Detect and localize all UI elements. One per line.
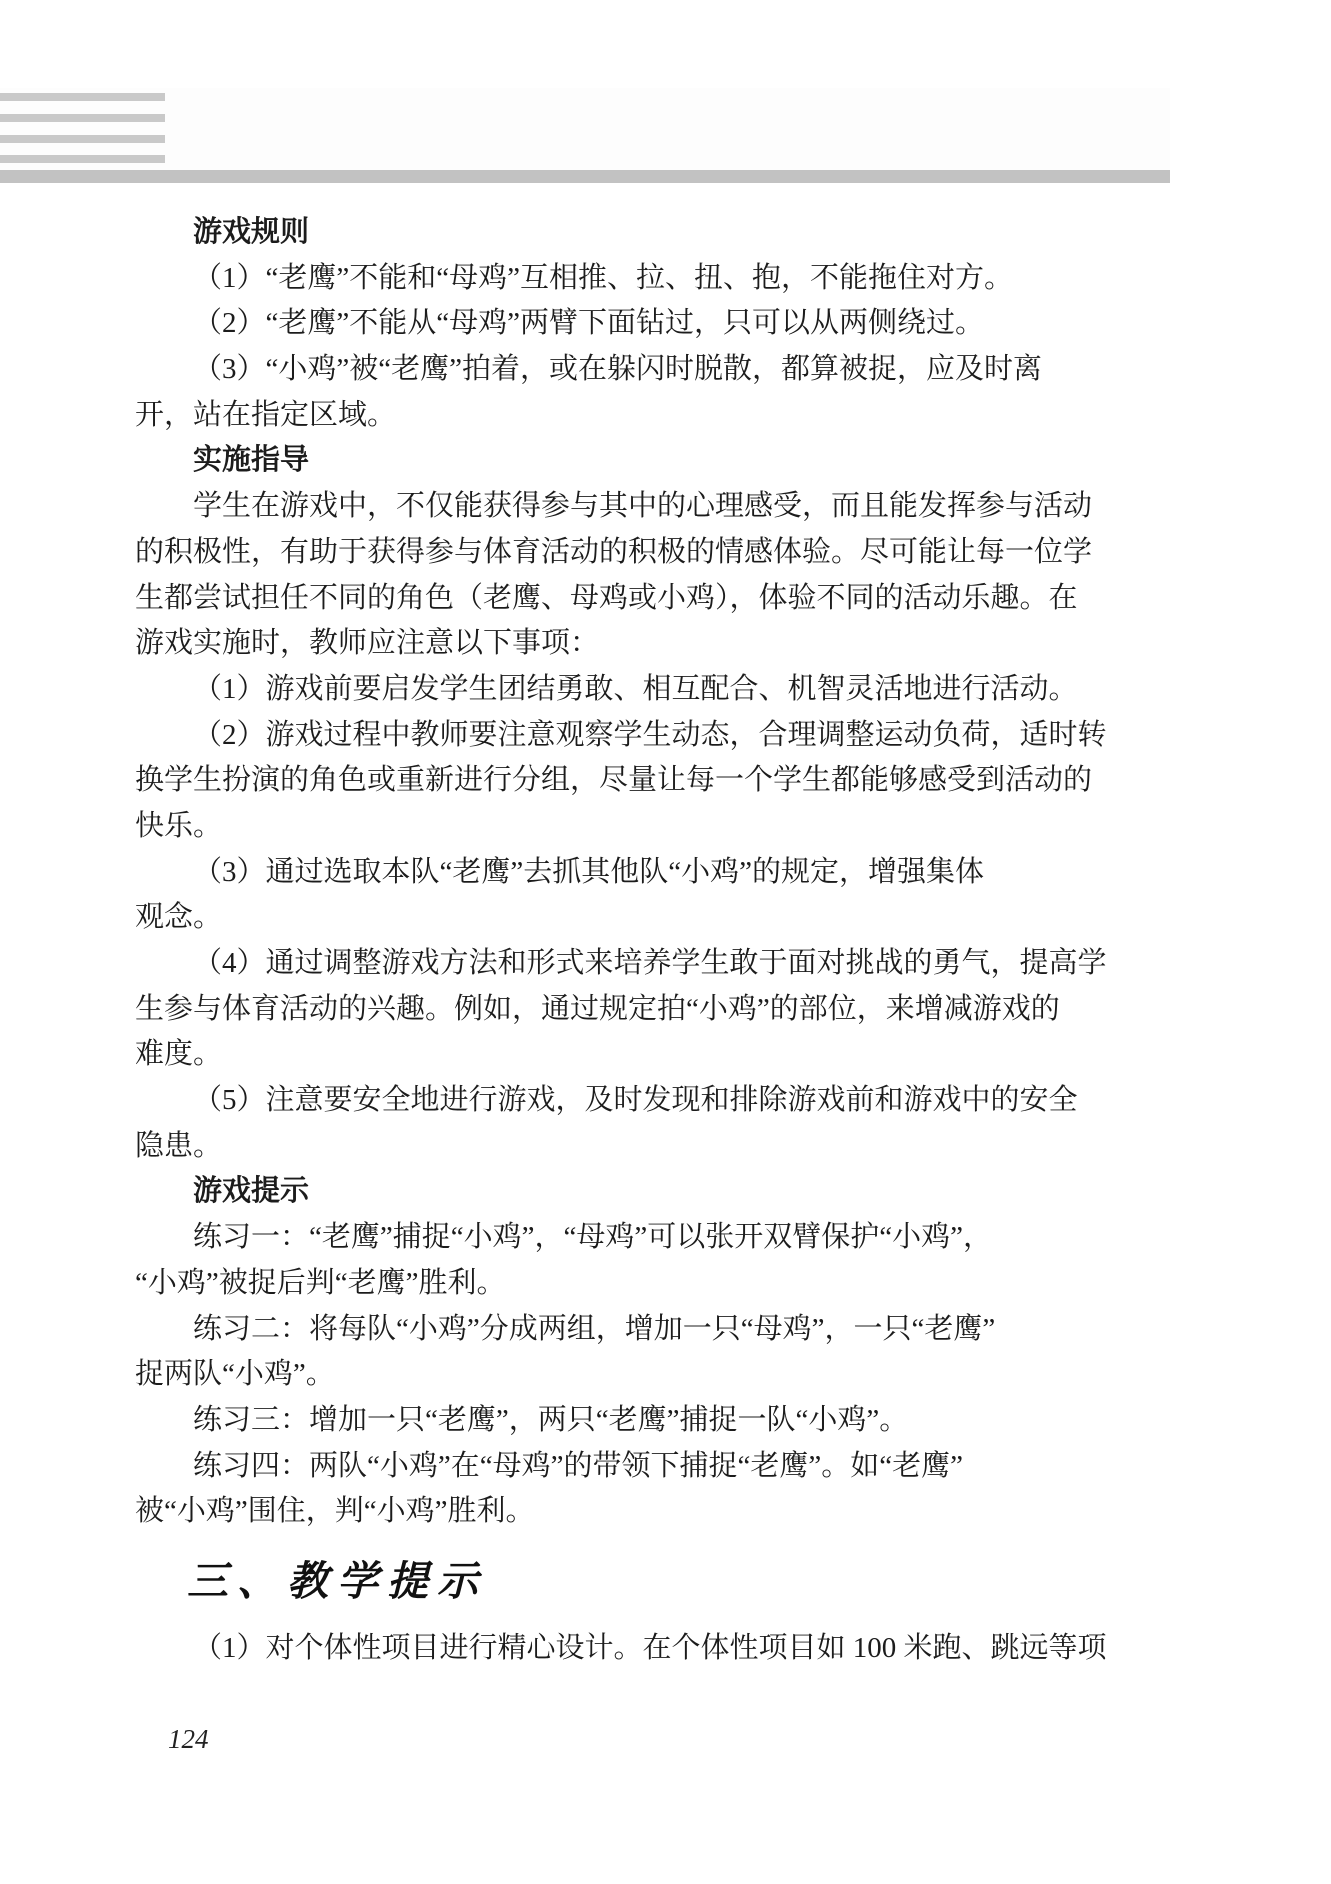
header-decoration-small-bar	[0, 155, 165, 163]
paragraph-line: 换学生扮演的角色或重新进行分组，尽量让每一个学生都能够感受到活动的	[135, 758, 1197, 804]
paragraph-line: （4）通过调整游戏方法和形式来培养学生敢于面对挑战的勇气，提高学	[135, 941, 1197, 987]
paragraph-line: 难度。	[135, 1032, 1197, 1078]
paragraph-line: “小鸡”被捉后判“老鹰”胜利。	[135, 1261, 1197, 1307]
paragraph-line: （5）注意要安全地进行游戏，及时发现和排除游戏前和游戏中的安全	[135, 1078, 1197, 1124]
paragraph-line: （3）“小鸡”被“老鹰”拍着，或在躲闪时脱散，都算被捉，应及时离	[135, 347, 1197, 393]
paragraph-line: 练习四：两队“小鸡”在“母鸡”的带领下捕捉“老鹰”。如“老鹰”	[135, 1444, 1197, 1490]
page-number: 124	[168, 1724, 209, 1755]
header-decoration-small-bar	[0, 135, 165, 143]
header-decoration-small-bar	[0, 114, 165, 122]
paragraph-line: 开，站在指定区域。	[135, 393, 1197, 439]
paragraph-line: 的积极性，有助于获得参与体育活动的积极的情感体验。尽可能让每一位学	[135, 530, 1197, 576]
paragraph-line: 练习二：将每队“小鸡”分成两组，增加一只“母鸡”，一只“老鹰”	[135, 1307, 1197, 1353]
paragraph-line: 观念。	[135, 895, 1197, 941]
paragraph-line: 生都尝试担任不同的角色（老鹰、母鸡或小鸡），体验不同的活动乐趣。在	[135, 576, 1197, 622]
header-decoration-wide-bar	[0, 170, 1170, 183]
subsection-heading: 游戏规则	[135, 210, 1197, 256]
paragraph-line: （1）游戏前要启发学生团结勇敢、相互配合、机智灵活地进行活动。	[135, 667, 1197, 713]
paragraph-line: 练习一：“老鹰”捕捉“小鸡”，“母鸡”可以张开双臂保护“小鸡”，	[135, 1215, 1197, 1261]
paragraph-line: （2）“老鹰”不能从“母鸡”两臂下面钻过，只可以从两侧绕过。	[135, 301, 1197, 347]
paragraph-line: 游戏实施时，教师应注意以下事项：	[135, 621, 1197, 667]
document-page: 游戏规则（1）“老鹰”不能和“母鸡”互相推、拉、扭、抱，不能拖住对方。（2）“老…	[0, 0, 1331, 1884]
paragraph-line: 生参与体育活动的兴趣。例如，通过规定拍“小鸡”的部位，来增减游戏的	[135, 987, 1197, 1033]
paragraph-line: （2）游戏过程中教师要注意观察学生动态，合理调整运动负荷，适时转	[135, 713, 1197, 759]
paragraph-line: 快乐。	[135, 804, 1197, 850]
paragraph-line: 隐患。	[135, 1124, 1197, 1170]
paragraph-line: （1）“老鹰”不能和“母鸡”互相推、拉、扭、抱，不能拖住对方。	[135, 256, 1197, 302]
paragraph-line: （3）通过选取本队“老鹰”去抓其他队“小鸡”的规定，增强集体	[135, 850, 1197, 896]
paragraph-line: 练习三：增加一只“老鹰”，两只“老鹰”捕捉一队“小鸡”。	[135, 1398, 1197, 1444]
paragraph-line: 捉两队“小鸡”。	[135, 1352, 1197, 1398]
page-body-text: 游戏规则（1）“老鹰”不能和“母鸡”互相推、拉、扭、抱，不能拖住对方。（2）“老…	[135, 210, 1197, 1672]
header-decoration-small-bar	[0, 93, 165, 101]
header-background-band	[0, 88, 1170, 170]
paragraph-line: （1）对个体性项目进行精心设计。在个体性项目如 100 米跑、跳远等项	[135, 1626, 1197, 1672]
subsection-heading: 游戏提示	[135, 1169, 1197, 1215]
paragraph-line: 被“小鸡”围住，判“小鸡”胜利。	[135, 1489, 1197, 1535]
subsection-heading: 实施指导	[135, 438, 1197, 484]
section-heading: 三、教学提示	[135, 1555, 1197, 1608]
paragraph-line: 学生在游戏中，不仅能获得参与其中的心理感受，而且能发挥参与活动	[135, 484, 1197, 530]
